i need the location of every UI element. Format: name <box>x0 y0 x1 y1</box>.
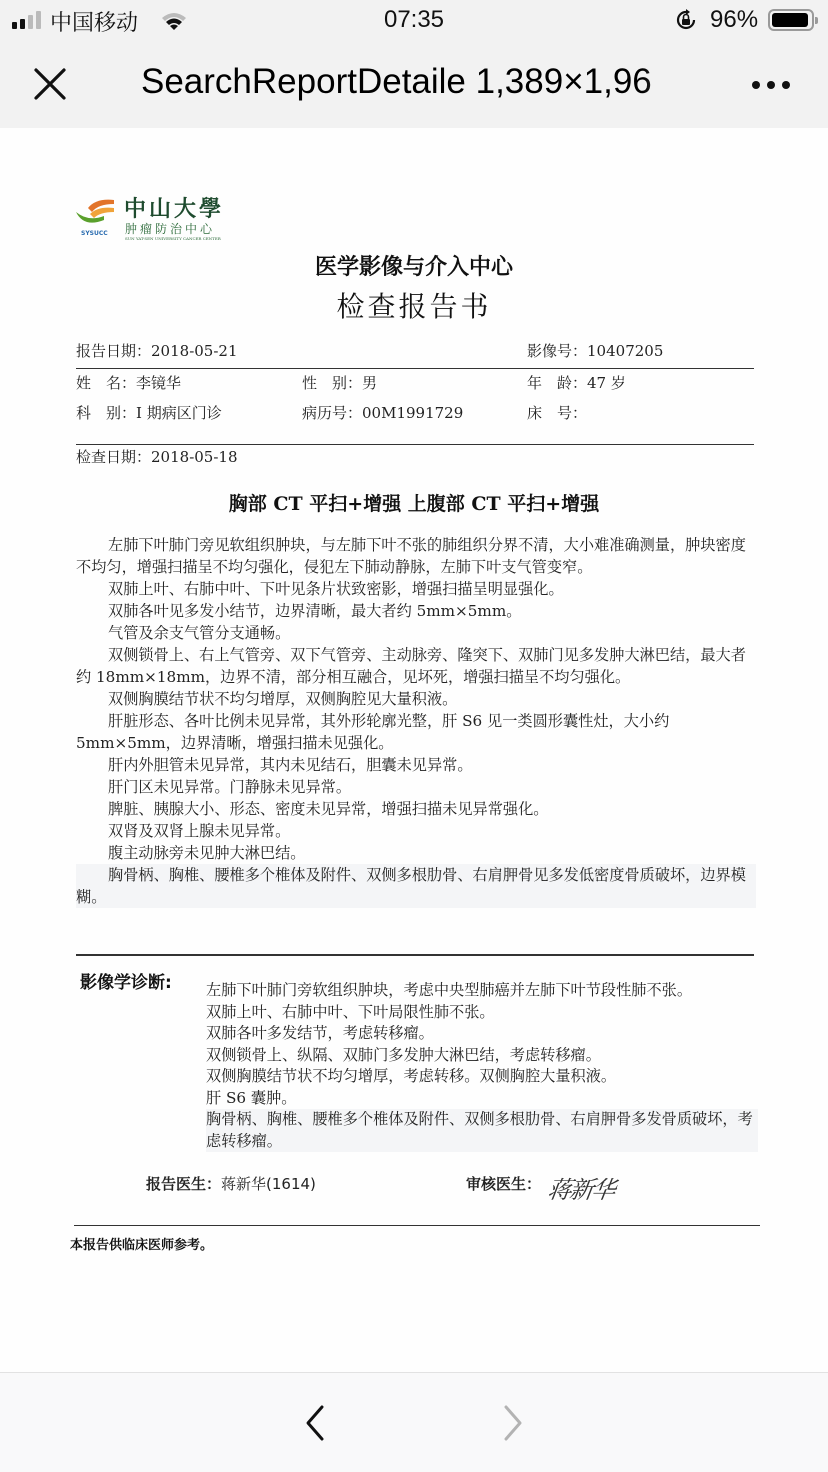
exam-title: 胸部 CT 平扫+增强 上腹部 CT 平扫+增强 <box>0 489 828 516</box>
patient-name-field: 姓 名：李镜华 <box>76 372 181 393</box>
finding-paragraph: 肝内外胆管未见异常，其内未见结石，胆囊未见异常。 <box>76 754 756 776</box>
finding-paragraph: 双肺各叶见多发小结节，边界清晰，最大者约 5mm×5mm。 <box>76 600 756 622</box>
exam-date-field: 检查日期：2018-05-18 <box>76 446 238 467</box>
sex-field: 性 别：男 <box>302 372 377 393</box>
rotation-lock-icon <box>674 8 698 32</box>
battery-icon <box>768 9 814 31</box>
footnote: 本报告供临床医师参考。 <box>70 1234 213 1253</box>
diagnosis-item: 左肺下叶肺门旁软组织肿块，考虑中央型肺癌并左肺下叶节段性肺不张。 <box>206 980 758 1002</box>
finding-paragraph: 胸骨柄、胸椎、腰椎多个椎体及附件、双侧多根肋骨、右肩胛骨见多发低密度骨质破坏，边… <box>76 864 756 908</box>
age-field: 年 龄：47 岁 <box>527 372 626 393</box>
reviewer-signature: 蒋新华 <box>546 1170 617 1205</box>
reporting-doctor-field: 报告医生：蒋新华(1614) <box>146 1173 316 1194</box>
hospital-logo: SYSUCC 中山大學 肿瘤防治中心 SUN YAT-SEN UNIVERSIT… <box>74 192 224 244</box>
finding-paragraph: 肝门区未见异常。门静脉未见异常。 <box>76 776 756 798</box>
report-title: 检查报告书 <box>0 285 828 325</box>
divider <box>76 368 754 369</box>
record-no-field: 病历号：00M1991729 <box>302 402 463 423</box>
logo-name-en: SUN YAT-SEN UNIVERSITY CANCER CENTER <box>125 236 221 241</box>
divider <box>76 954 754 956</box>
image-no-field: 影像号：10407205 <box>527 340 663 361</box>
chevron-right-icon[interactable] <box>498 1401 528 1445</box>
finding-paragraph: 双侧胸膜结节状不均匀增厚，双侧胸腔见大量积液。 <box>76 688 756 710</box>
bottom-toolbar <box>0 1372 828 1472</box>
reviewing-doctor-label: 审核医生： <box>466 1173 541 1194</box>
divider <box>76 444 754 445</box>
finding-paragraph: 双肺上叶、右肺中叶、下叶见条片状致密影，增强扫描呈明显强化。 <box>76 578 756 600</box>
department-title: 医学影像与介入中心 <box>0 250 828 281</box>
finding-paragraph: 左肺下叶肺门旁见软组织肿块，与左肺下叶不张的肺组织分界不清，大小难准确测量，肿块… <box>76 534 756 578</box>
diagnosis-item: 双侧胸膜结节状不均匀增厚，考虑转移。双侧胸腔大量积液。 <box>206 1066 758 1088</box>
diagnosis-item: 双肺各叶多发结节，考虑转移瘤。 <box>206 1023 758 1045</box>
diagnosis-item: 双侧锁骨上、纵隔、双肺门多发肿大淋巴结，考虑转移瘤。 <box>206 1045 758 1067</box>
logo-abbr: SYSUCC <box>81 230 108 237</box>
logo-name-cn: 中山大學 <box>124 192 224 223</box>
page-title: SearchReportDetaile 1,389×1,96 <box>141 62 711 102</box>
finding-paragraph: 双侧锁骨上、右上气管旁、双下气管旁、主动脉旁、隆突下、双肺门见多发肿大淋巴结，最… <box>76 644 756 688</box>
finding-paragraph: 脾脏、胰腺大小、形态、密度未见异常，增强扫描未见异常强化。 <box>76 798 756 820</box>
divider <box>74 1225 760 1226</box>
department-field: 科 别：I 期病区门诊 <box>76 402 222 423</box>
logo-sub-cn: 肿瘤防治中心 <box>125 220 215 237</box>
more-icon[interactable] <box>752 70 802 100</box>
finding-paragraph: 气管及余支气管分支通畅。 <box>76 622 756 644</box>
finding-paragraph: 双肾及双肾上腺未见异常。 <box>76 820 756 842</box>
close-icon[interactable] <box>30 64 70 104</box>
diagnosis-label: 影像学诊断: <box>80 968 172 993</box>
diagnosis-section: 左肺下叶肺门旁软组织肿块，考虑中央型肺癌并左肺下叶节段性肺不张。 双肺上叶、右肺… <box>206 980 758 1152</box>
clock: 07:35 <box>0 6 828 34</box>
bed-no-field: 床 号： <box>527 402 587 423</box>
finding-paragraph: 肝脏形态、各叶比例未见异常，其外形轮廓光整，肝 S6 见一类圆形囊性灶，大小约 … <box>76 710 756 754</box>
diagnosis-item: 胸骨柄、胸椎、腰椎多个椎体及附件、双侧多根肋骨、右肩胛骨多发骨质破坏，考虑转移瘤… <box>206 1109 758 1152</box>
finding-paragraph: 腹主动脉旁未见肿大淋巴结。 <box>76 842 756 864</box>
nav-bar: SearchReportDetaile 1,389×1,96 <box>0 42 828 128</box>
battery-percent: 96% <box>710 6 758 34</box>
report-date-field: 报告日期：2018-05-21 <box>76 340 238 361</box>
status-bar: 中国移动 07:35 96% <box>0 0 828 42</box>
diagnosis-item: 肝 S6 囊肿。 <box>206 1088 758 1110</box>
report-image: SYSUCC 中山大學 肿瘤防治中心 SUN YAT-SEN UNIVERSIT… <box>0 128 828 1372</box>
diagnosis-item: 双肺上叶、右肺中叶、下叶局限性肺不张。 <box>206 1002 758 1024</box>
findings-section: 左肺下叶肺门旁见软组织肿块，与左肺下叶不张的肺组织分界不清，大小难准确测量，肿块… <box>76 534 756 908</box>
chevron-left-icon[interactable] <box>300 1401 330 1445</box>
